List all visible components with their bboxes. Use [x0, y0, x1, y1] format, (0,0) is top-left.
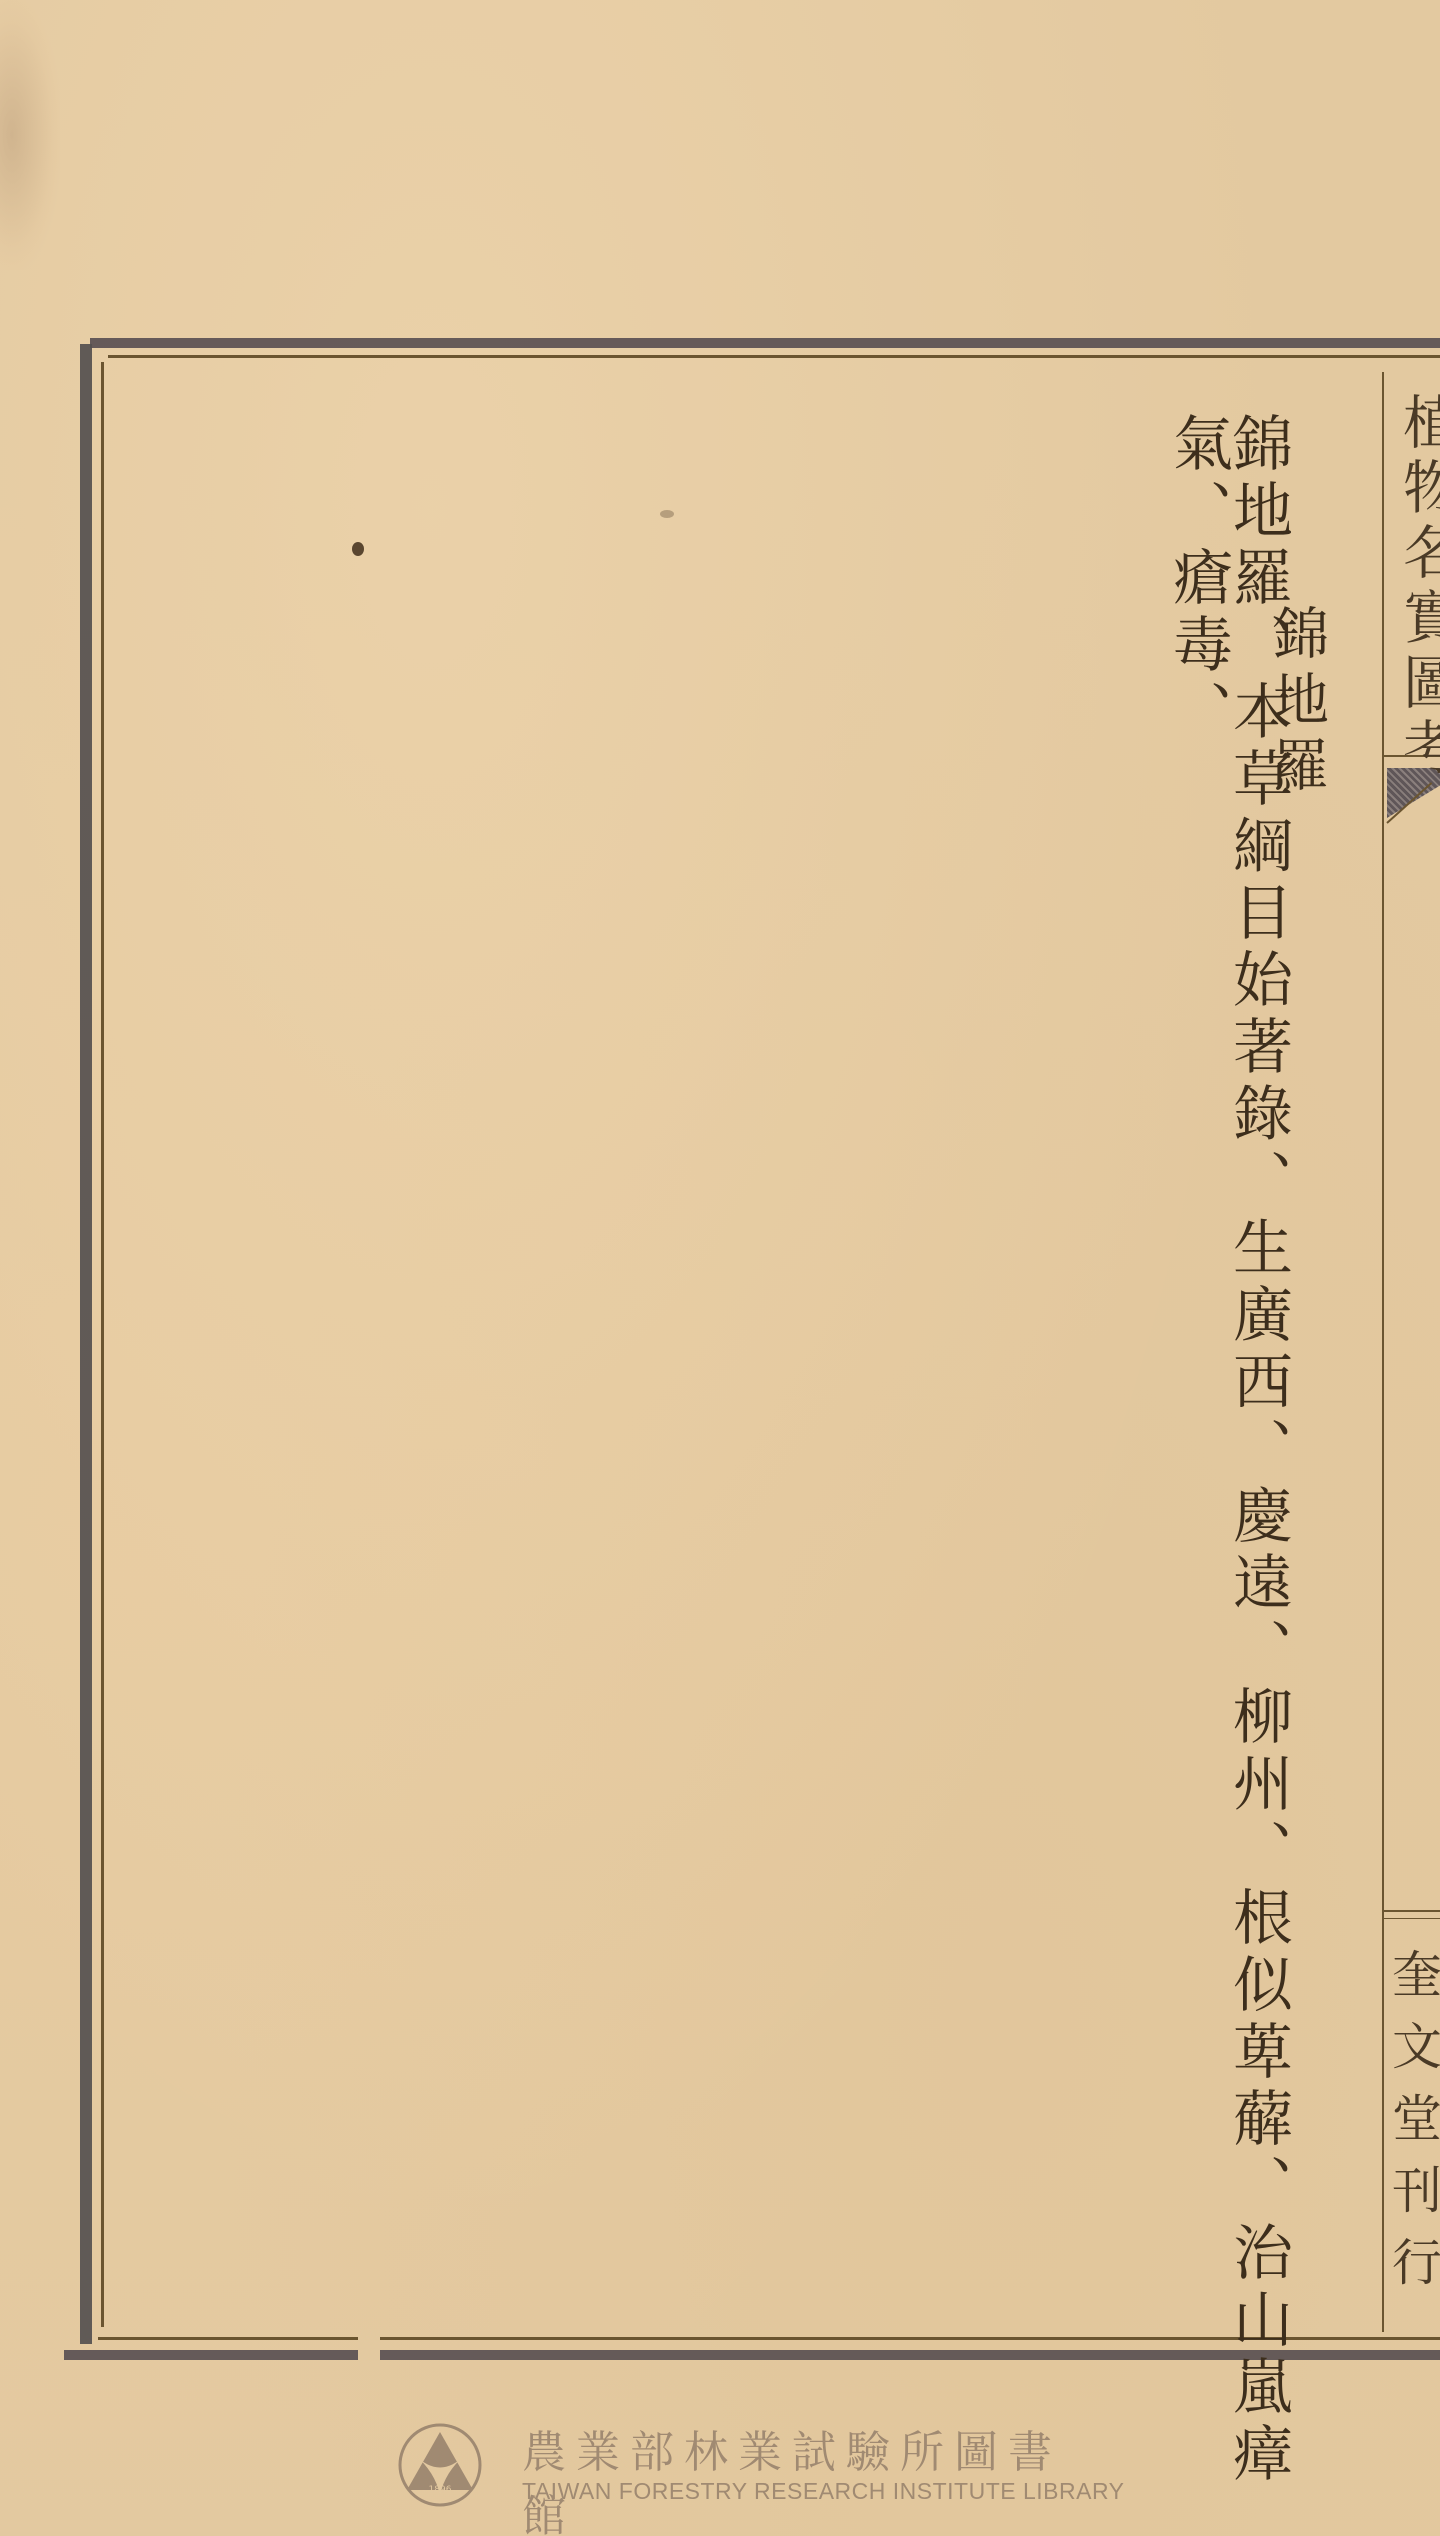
frame-border-gap — [358, 2330, 380, 2370]
frame-outer-top-border — [90, 338, 1440, 348]
book-title: 植物名實圖考 — [1398, 392, 1440, 782]
publisher-top-rule — [1384, 1910, 1440, 1912]
paper-stain — [0, 0, 60, 270]
frame-inner-top-border — [108, 355, 1440, 358]
frame-inner-left-border — [101, 362, 104, 2327]
svg-text:1896: 1896 — [429, 2485, 452, 2495]
ink-speck — [352, 542, 364, 556]
ink-speck — [660, 510, 674, 518]
frame-outer-left-border — [80, 344, 92, 2344]
publisher-top-rule-2 — [1384, 1918, 1440, 1919]
library-name-chinese: 農業部林業試驗所圖書館 — [522, 2416, 1100, 2536]
entry-body-text: 錦地羅、本草綱目始著錄、生廣西、慶遠、柳州、根似萆薢、治山嵐瘴氣、瘡毒、 — [1168, 412, 1288, 2536]
library-name-english: TAIWAN FORESTRY RESEARCH INSTITUTE LIBRA… — [522, 2478, 1124, 2505]
publisher-imprint: 奎文堂刊行 — [1388, 1948, 1438, 2308]
library-watermark: 1896 農業部林業試驗所圖書館 TAIWAN FORESTRY RESEARC… — [380, 2400, 1100, 2526]
forestry-institute-logo-icon: 1896 — [385, 2410, 495, 2520]
